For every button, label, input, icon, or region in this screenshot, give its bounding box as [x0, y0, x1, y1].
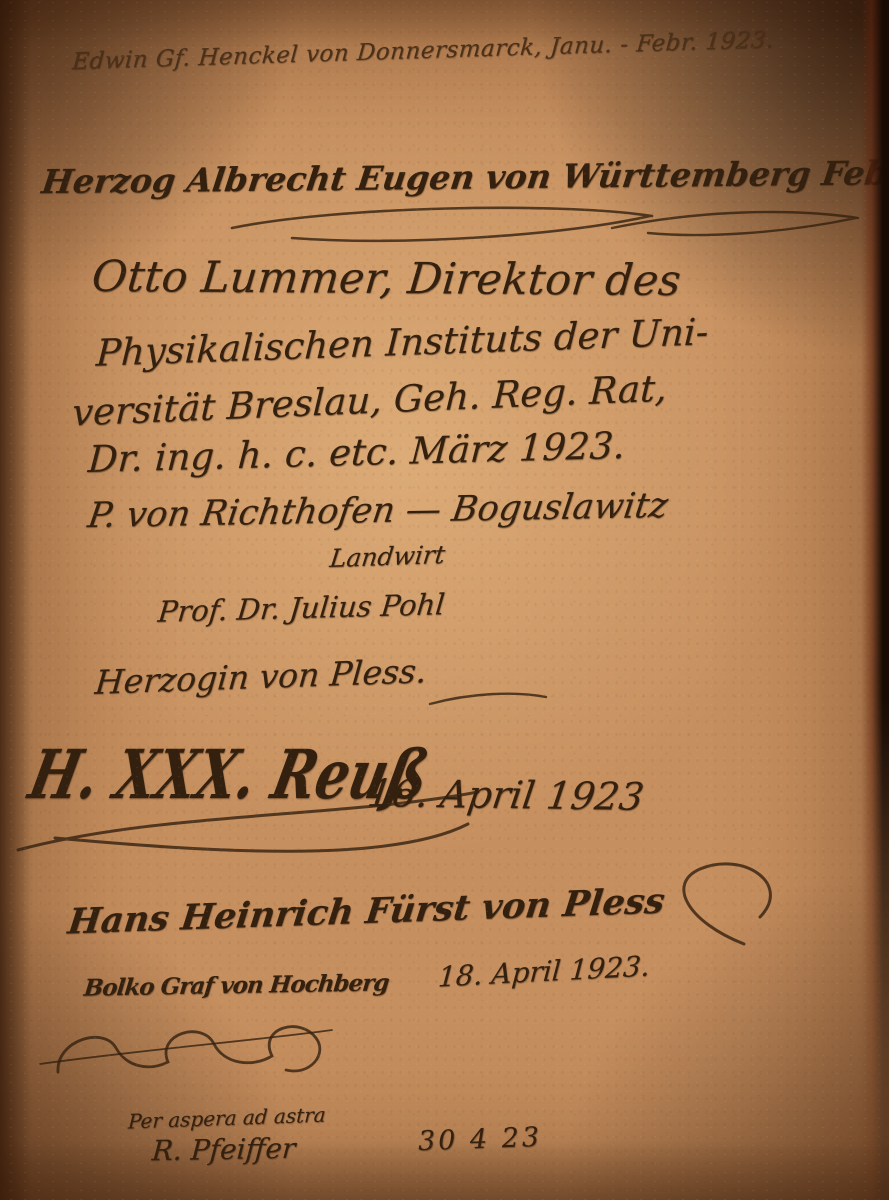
- motto-per-aspera-ad-astra: Per aspera ad astra: [128, 1105, 327, 1132]
- pfeiffer-date: 30 4 23: [418, 1124, 543, 1155]
- guestbook-page-photo: Edwin Gf. Henckel von Donnersmarck, Janu…: [0, 0, 889, 1200]
- signature-line-prince-of-pless: Hans Heinrich Fürst von Pless: [66, 884, 667, 940]
- lummer-entry-line-2: Physikalischen Instituts der Uni-: [95, 313, 709, 371]
- flourish-hochberg-baseline: [40, 1030, 332, 1064]
- book-binding-edge: [861, 0, 889, 1200]
- richthofen-note: Landwirt: [328, 542, 446, 571]
- reuss-date: 16. April 1923: [365, 774, 646, 816]
- flourish-underline-wuerttemberg: [612, 212, 858, 235]
- signature-line-wuerttemberg: Herzog Albrecht Eugen von Württemberg Fe…: [40, 155, 889, 198]
- lummer-entry-line-1: Otto Lummer, Direktor des: [90, 256, 683, 303]
- hochberg-date: 18. April 1923.: [437, 952, 651, 991]
- flourish-hochberg-loops: [58, 1027, 320, 1072]
- flourish-underline-pless-duchess: [430, 694, 546, 704]
- flourish-prince-pless-swirl: [684, 864, 771, 944]
- lummer-entry-line-3: versität Breslau, Geh. Reg. Rat,: [71, 369, 667, 431]
- lummer-entry-line-4: Dr. ing. h. c. etc. März 1923.: [87, 427, 626, 478]
- signature-hochberg: Bolko Graf von Hochberg: [83, 971, 390, 999]
- signature-line-richthofen: P. von Richthofen — Boguslawitz: [86, 489, 670, 534]
- signature-line-pohl: Prof. Dr. Julius Pohl: [157, 590, 446, 627]
- flourish-underline-albrecht-eugen: [232, 208, 652, 241]
- signature-line-henckel-donnersmarck: Edwin Gf. Henckel von Donnersmarck, Janu…: [71, 29, 774, 74]
- signature-line-duchess-of-pless: Herzogin von Pless.: [94, 654, 428, 699]
- signature-pfeiffer: R. Pfeiffer: [151, 1135, 296, 1166]
